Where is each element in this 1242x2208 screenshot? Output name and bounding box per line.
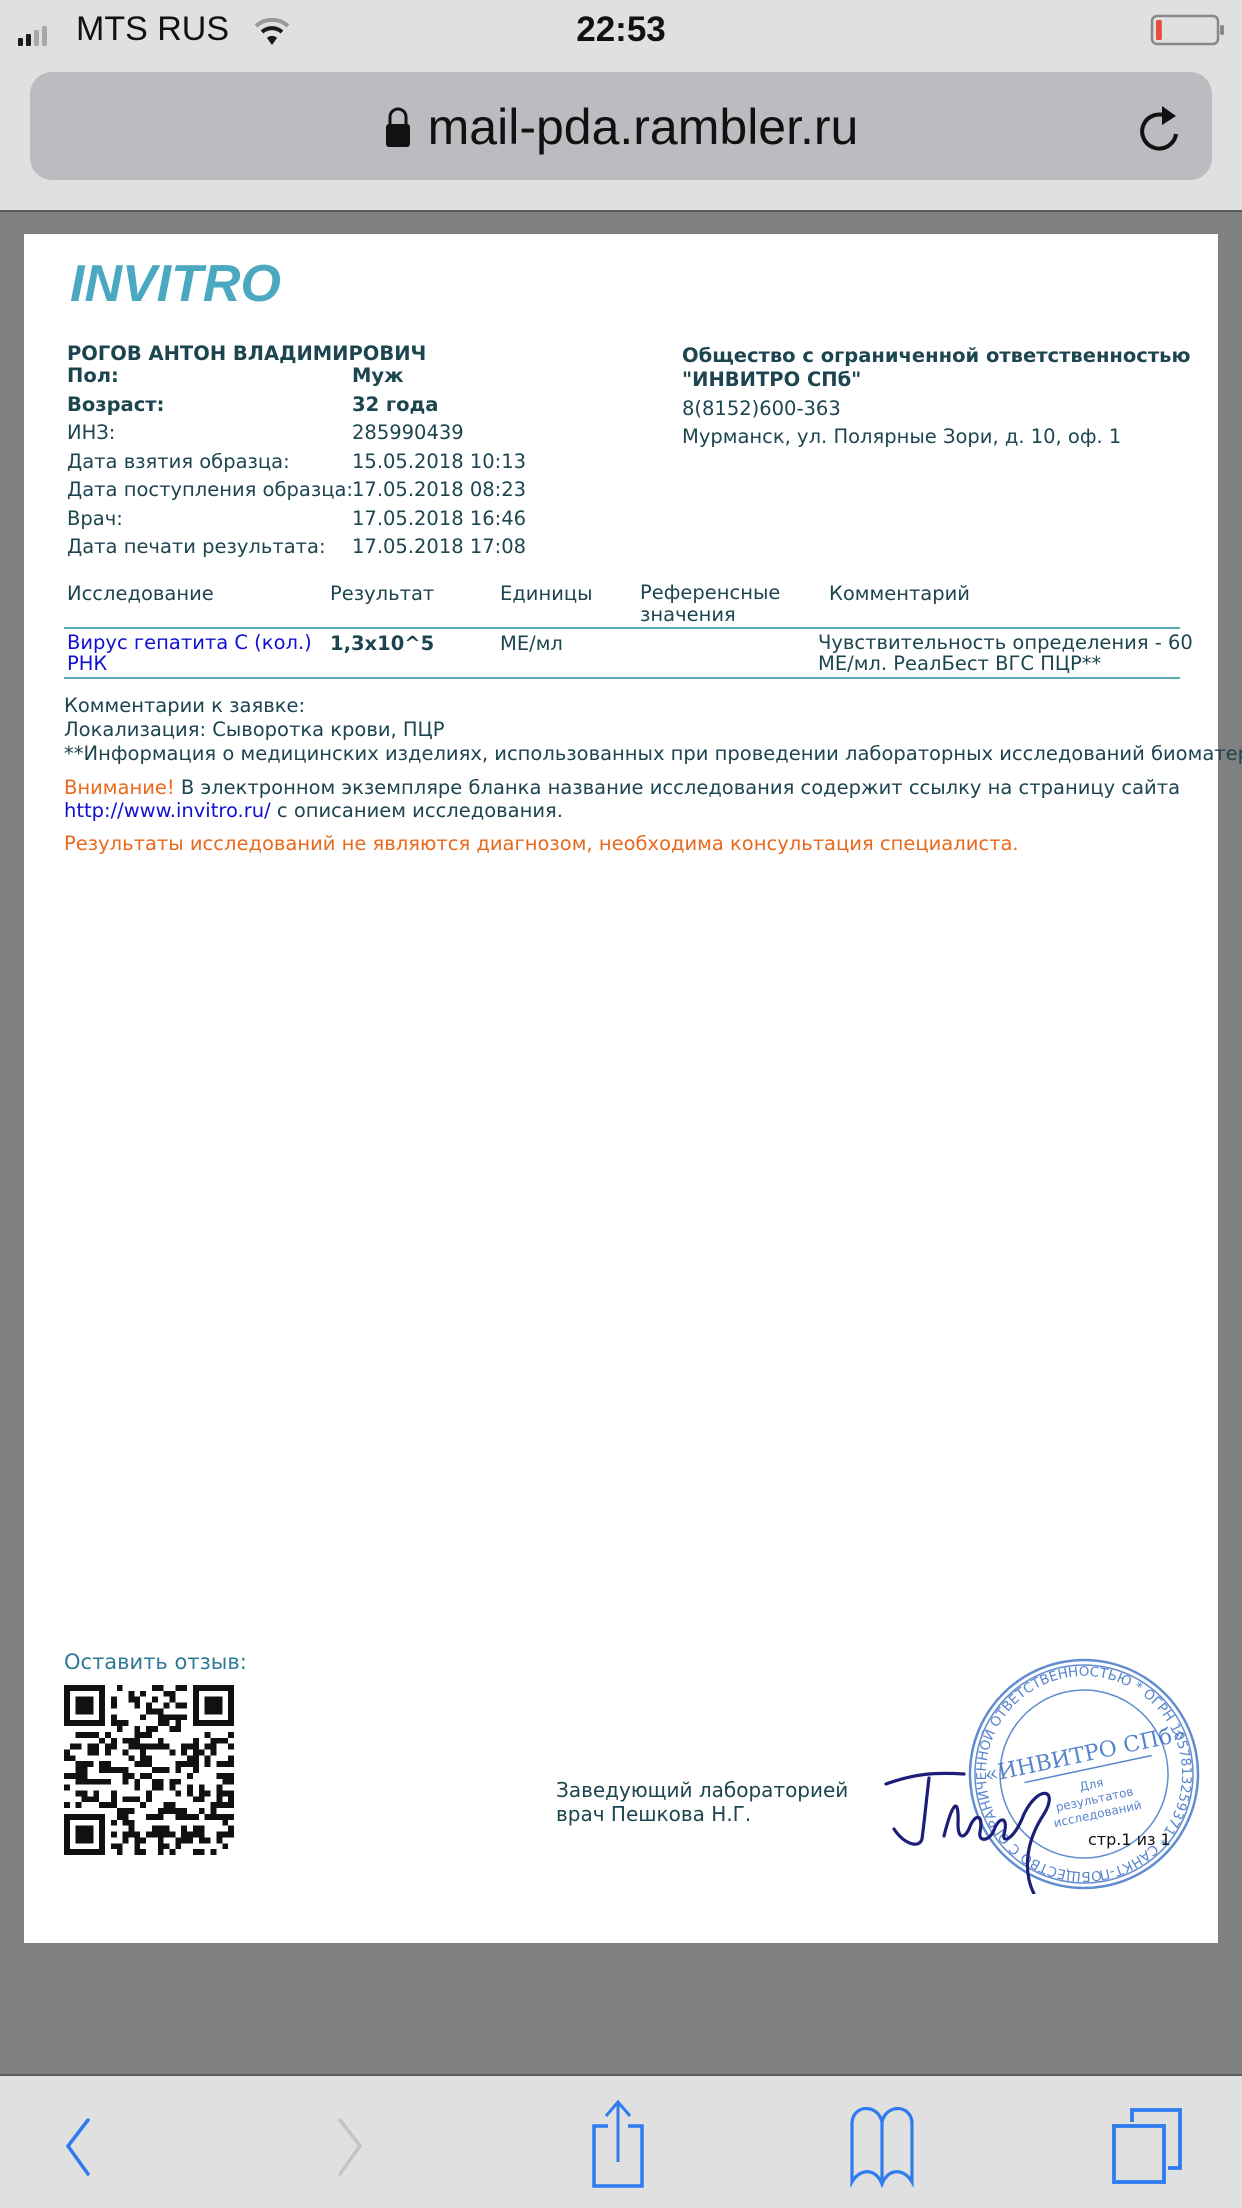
lab-report-page: INVITRO РОГОВ АНТОН ВЛАДИМИРОВИЧ Пол:Муж… [24,234,1218,1943]
notice-attention: Внимание! [64,776,175,799]
test-name-link[interactable]: Вирус гепатита С (кол.) РНК [67,632,312,674]
comments-title: Комментарии к заявке: [64,694,305,717]
col-header-comment: Комментарий [829,582,970,605]
org-name-line2: "ИНВИТРО СПб" [682,370,1202,390]
signatory-name: врач Пешкова Н.Г. [556,1802,848,1826]
patient-field-label: Дата поступления образца: [67,478,353,501]
back-icon[interactable] [58,2116,98,2178]
safari-toolbar [0,2074,1242,2208]
col-header-result: Результат [330,582,434,605]
invitro-site-link[interactable]: http://www.invitro.ru/ [64,799,271,822]
notice-text2: с описанием исследования. [271,799,563,822]
col-header-units: Единицы [500,582,593,605]
browser-chrome: mail-pda.rambler.ru [0,62,1242,212]
reload-icon[interactable] [1134,100,1184,156]
page-number: стр.1 из 1 [1088,1830,1171,1849]
patient-field-label: ИНЗ: [67,421,115,444]
col-header-reference: Референсные значения [640,582,780,626]
patient-field-label: Возраст: [67,393,164,416]
org-address: Мурманск, ул. Полярные Зори, д. 10, оф. … [682,423,1202,451]
patient-name: РОГОВ АНТОН ВЛАДИМИРОВИЧ [67,342,426,365]
notice-line1: Внимание! В электронном экземпляре бланк… [64,776,1180,799]
address-bar[interactable]: mail-pda.rambler.ru [30,72,1212,180]
patient-field-value: 17.05.2018 16:46 [352,507,526,530]
feedback-qr-code[interactable] [64,1685,234,1855]
org-phone: 8(8152)600-363 [682,395,1202,423]
patient-field-value: 32 года [352,393,438,416]
result-units: МЕ/мл [500,632,563,655]
result-value: 1,3x10^5 [330,632,434,655]
test-name-line2[interactable]: РНК [67,653,312,674]
organization-block: Общество с ограниченной ответственностью… [682,342,1202,451]
lock-icon [384,105,412,149]
comments-footnote: **Информация о медицинских изделиях, исп… [64,742,1242,765]
feedback-label: Оставить отзыв: [64,1650,247,1674]
forward-icon[interactable] [330,2116,370,2178]
comment-line1: Чувствительность определения - 60 [818,632,1193,653]
url-text[interactable]: mail-pda.rambler.ru [428,98,859,156]
patient-field-label: Врач: [67,507,123,530]
share-icon[interactable] [586,2100,650,2190]
signature [874,1744,1074,1894]
notice-line2: http://www.invitro.ru/ с описанием иссле… [64,799,563,822]
test-name-line1[interactable]: Вирус гепатита С (кол.) [67,632,312,653]
bookmarks-icon[interactable] [840,2104,924,2188]
clock: 22:53 [0,10,1242,50]
patient-field-value: Муж [352,364,404,387]
signatory: Заведующий лабораторией врач Пешкова Н.Г… [556,1778,848,1826]
table-header-rule [64,627,1180,629]
patient-field-label: Пол: [67,364,119,387]
patient-field-label: Дата печати результата: [67,535,326,558]
comment-line2: МЕ/мл. РеалБест ВГС ПЦР** [818,653,1193,674]
notice-text: В электронном экземпляре бланка название… [175,776,1180,799]
patient-field-value: 15.05.2018 10:13 [352,450,526,473]
status-bar: MTS RUS 22:53 [0,0,1242,62]
disclaimer: Результаты исследований не являются диаг… [64,832,1019,855]
table-bottom-rule [64,677,1180,679]
patient-field-value: 17.05.2018 17:08 [352,535,526,558]
patient-field-label: Дата взятия образца: [67,450,290,473]
org-name-line1: Общество с ограниченной ответственностью [682,342,1202,370]
comments-localization: Локализация: Сыворотка крови, ПЦР [64,718,444,741]
patient-field-value: 17.05.2018 08:23 [352,478,526,501]
signatory-title: Заведующий лабораторией [556,1778,848,1802]
result-comment: Чувствительность определения - 60 МЕ/мл.… [818,632,1193,674]
battery-icon [1150,14,1226,46]
patient-field-value: 285990439 [352,421,464,444]
invitro-logo: INVITRO [70,254,281,314]
col-header-test: Исследование [67,582,214,605]
tabs-icon[interactable] [1104,2106,1188,2186]
